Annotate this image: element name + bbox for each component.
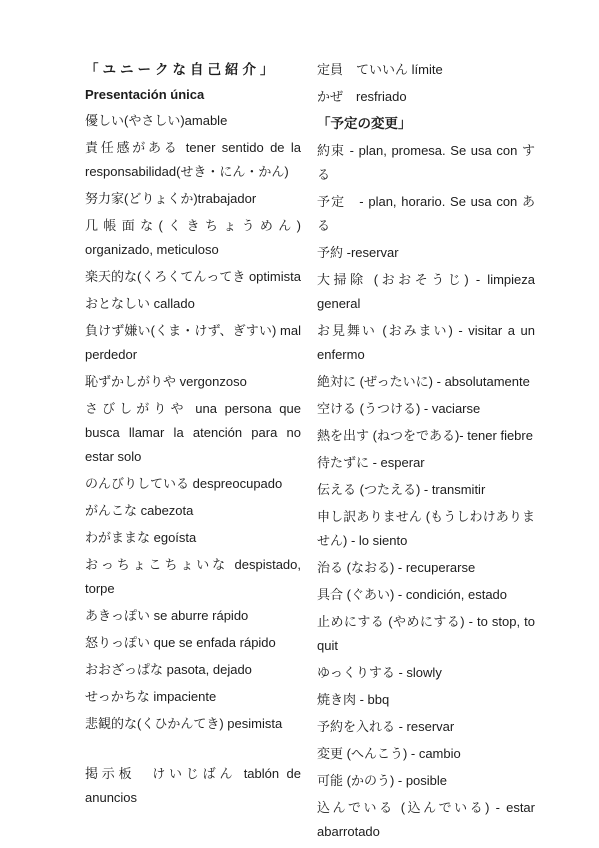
vocab-entry: 申し訳ありません (もうしわけありません) - lo siento [317, 505, 535, 553]
vocab-entry: 可能 (かのう) - posible [317, 769, 535, 793]
right-intro-list: 定員 ていいん límiteかぜ resfriado [317, 58, 535, 109]
vocab-entry: かぜ resfriado [317, 85, 535, 109]
left-column-subtitle: Presentación única [85, 83, 301, 107]
vocab-entry: 楽天的な(くろくてんってき optimista [85, 265, 301, 289]
vocab-entry: お見舞い (おみまい) - visitar a un enfermo [317, 319, 535, 367]
vocab-entry: 几帳面な(くきちょうめん) organizado, meticuloso [85, 214, 301, 262]
vocab-entry: 優しい(やさしい)amable [85, 109, 301, 133]
vocab-entry: おおざっぱな pasota, dejado [85, 658, 301, 682]
vocab-entry: 止めにする (やめにする) - to stop, to quit [317, 610, 535, 658]
left-vocab-list: 優しい(やさしい)amable責任感がある tener sentido de l… [85, 109, 301, 736]
right-section-title: 「予定の変更」 [317, 112, 535, 136]
vocab-entry: 恥ずかしがりや vergonzoso [85, 370, 301, 394]
vocab-entry: わがままな egoísta [85, 526, 301, 550]
vocab-entry: 熱を出す (ねつをである)- tener fiebre [317, 424, 535, 448]
left-column-title: 「ユニークな自己紹介」 [85, 58, 301, 82]
vocab-entry: 努力家(どりょくか)trabajador [85, 187, 301, 211]
vocab-entry: あきっぽい se aburre rápido [85, 604, 301, 628]
vocab-entry: 責任感がある tener sentido de la responsabilid… [85, 136, 301, 184]
vocab-entry: せっかちな impaciente [85, 685, 301, 709]
vocab-entry: ゆっくりする - slowly [317, 661, 535, 685]
vocab-entry: おっちょこちょいな despistado, torpe [85, 553, 301, 601]
document-page: 「ユニークな自己紹介」 Presentación única 優しい(やさしい)… [0, 0, 599, 848]
vocab-entry: さびしがりや una persona que busca llamar la a… [85, 397, 301, 469]
vocab-entry: おとなしい callado [85, 292, 301, 316]
vocab-entry: 込んでいる (込んでいる) - estar abarrotado [317, 796, 535, 844]
vocab-entry: 悲観的な(くひかんてき) pesimista [85, 712, 301, 736]
vocab-entry-bulletin-board: 掲示板 けいじばん tablón de anuncios [85, 762, 301, 810]
vocab-entry: 負けず嫌い(くま・けず、ぎすい) mal perdedor [85, 319, 301, 367]
vocab-entry: 治る (なおる) - recuperarse [317, 556, 535, 580]
vocab-entry: 怒りっぽい que se enfada rápido [85, 631, 301, 655]
vocab-entry: 空ける (うつける) - vaciarse [317, 397, 535, 421]
right-column: 定員 ていいん límiteかぜ resfriado 「予定の変更」 約束 - … [317, 58, 535, 828]
vocab-entry: 定員 ていいん límite [317, 58, 535, 82]
vocab-entry: 伝える (つたえる) - transmitir [317, 478, 535, 502]
vocab-entry: 具合 (ぐあい) - condición, estado [317, 583, 535, 607]
vocab-entry: のんびりしている despreocupado [85, 472, 301, 496]
vocab-entry: 変更 (へんこう) - cambio [317, 742, 535, 766]
vocab-entry: 予約 -reservar [317, 241, 535, 265]
vocab-entry: 予定 - plan, horario. Se usa con ある [317, 190, 535, 238]
vocab-entry: 絶対に (ぜったいに) - absolutamente [317, 370, 535, 394]
vocab-entry: がんこな cabezota [85, 499, 301, 523]
vocab-entry: 約束 - plan, promesa. Se usa con する [317, 139, 535, 187]
vocab-entry: 焼き肉 - bbq [317, 688, 535, 712]
vocab-entry: 大掃除 (おおそうじ) - limpieza general [317, 268, 535, 316]
vocab-entry: 待たずに - esperar [317, 451, 535, 475]
vocab-entry: 予約を入れる - reservar [317, 715, 535, 739]
right-vocab-list: 約束 - plan, promesa. Se usa con する予定 - pl… [317, 139, 535, 844]
left-column: 「ユニークな自己紹介」 Presentación única 優しい(やさしい)… [85, 58, 301, 828]
